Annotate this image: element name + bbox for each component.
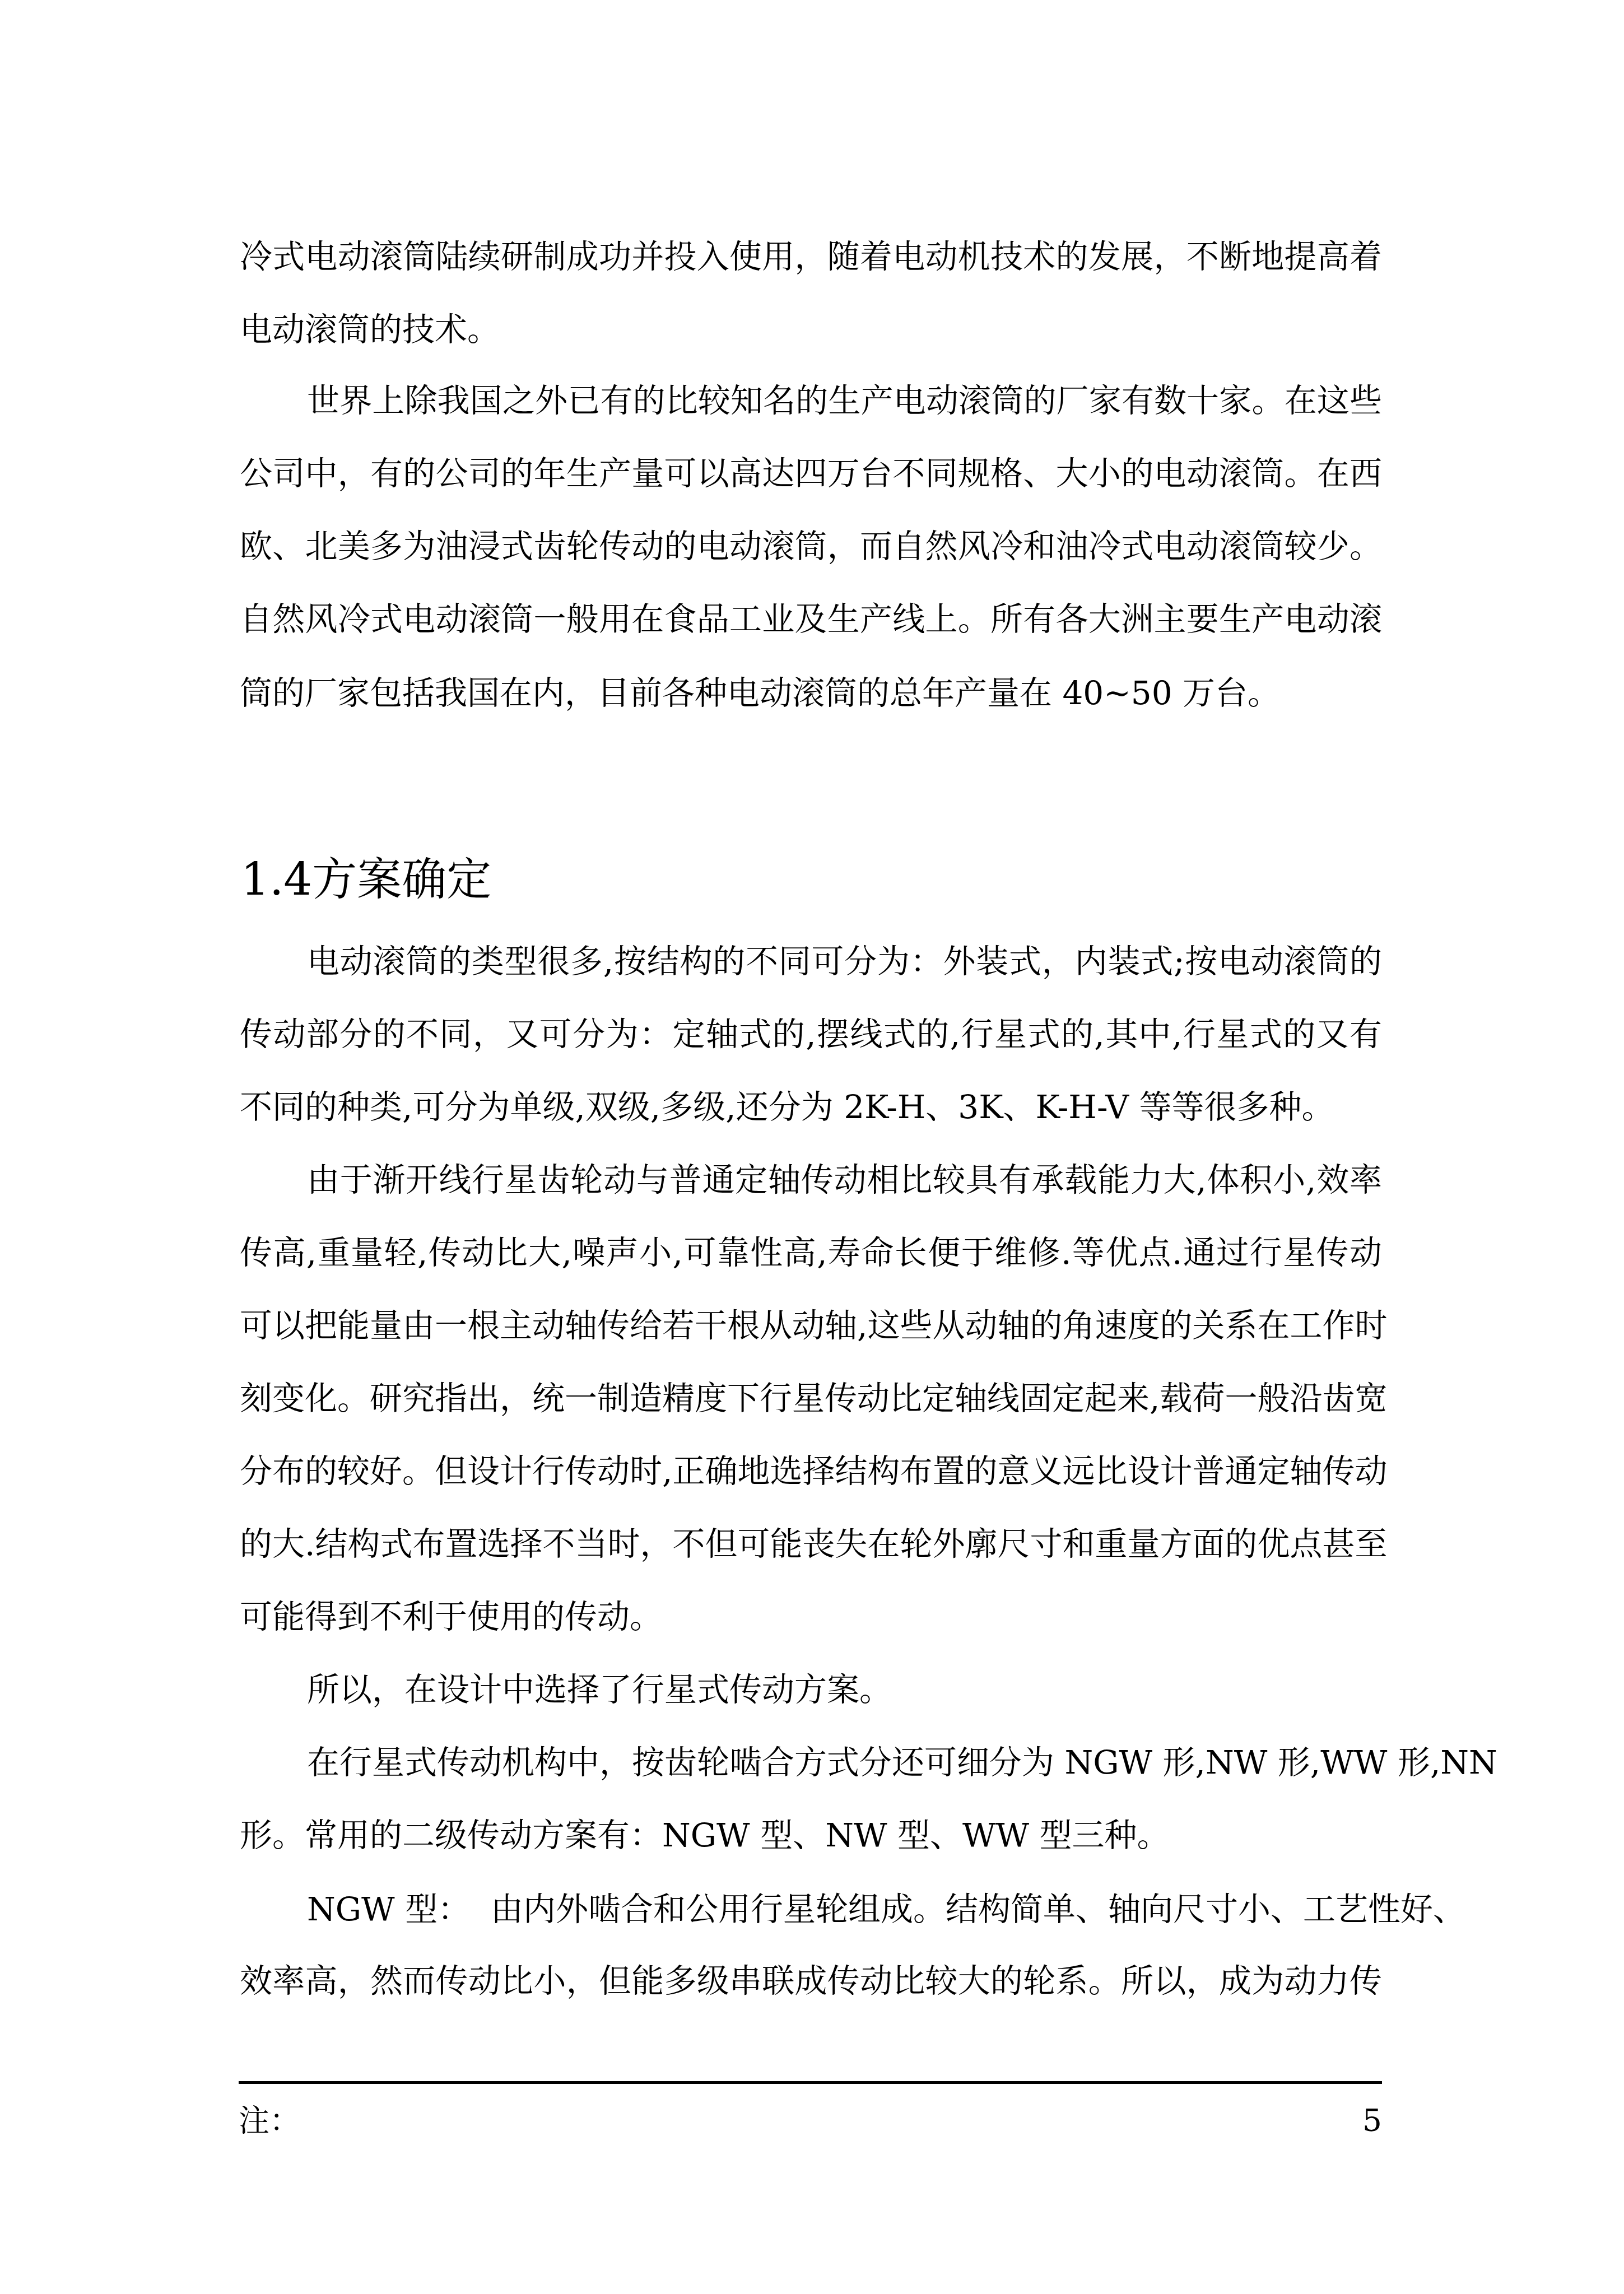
paragraph-line: 形。常用的二级传动方案有：NGW 型、NW 型、WW 型三种。 (240, 1799, 1382, 1872)
paragraph-line: 冷式电动滚筒陆续研制成功并投入使用，随着电动机技术的发展，不断地提高着 (240, 220, 1382, 293)
paragraph-line: 在行星式传动机构中，按齿轮啮合方式分还可细分为 NGW 形,NW 形,WW 形,… (307, 1726, 1382, 1799)
paragraph-line: 效率高，然而传动比小，但能多级串联成传动比较大的轮系。所以，成为动力传 (240, 1944, 1382, 2017)
footer-note-label: 注： (239, 2095, 300, 2146)
footer-divider (239, 2081, 1382, 2084)
page-number: 5 (1344, 2095, 1382, 2146)
paragraph-line: 传动部分的不同，又可分为：定轴式的,摆线式的,行星式的,其中,行星式的又有 (240, 998, 1382, 1071)
paragraph-line: 世界上除我国之外已有的比较知名的生产电动滚筒的厂家有数十家。在这些 (307, 364, 1382, 437)
paragraph-line: 所以，在设计中选择了行星式传动方案。 (307, 1653, 1382, 1726)
paragraph-line: NGW 型： 由内外啮合和公用行星轮组成。结构简单、轴向尺寸小、工艺性好、 (307, 1873, 1382, 1946)
paragraph-line: 电动滚筒的类型很多,按结构的不同可分为：外装式，内装式;按电动滚筒的 (307, 925, 1382, 998)
paragraph-line: 公司中，有的公司的年生产量可以高达四万台不同规格、大小的电动滚筒。在西 (240, 437, 1382, 510)
paragraph-line: 欧、北美多为油浸式齿轮传动的电动滚筒，而自然风冷和油冷式电动滚筒较少。 (240, 510, 1382, 583)
paragraph-line: 由于渐开线行星齿轮动与普通定轴传动相比较具有承载能力大,体积小,效率 (307, 1143, 1382, 1216)
paragraph-line: 传高,重量轻,传动比大,噪声小,可靠性高,寿命长便于维修.等优点.通过行星传动 (240, 1216, 1382, 1289)
paragraph-line: 的大.结构式布置选择不当时，不但可能丧失在轮外廓尺寸和重量方面的优点甚至 (240, 1507, 1382, 1580)
paragraph-line: 分布的较好。但设计行传动时,正确地选择结构布置的意义远比设计普通定轴传动 (240, 1435, 1382, 1507)
paragraph-line: 不同的种类,可分为单级,双级,多级,还分为 2K-H、3K、K-H-V 等等很多… (240, 1071, 1382, 1143)
paragraph-line: 可以把能量由一根主动轴传给若干根从动轴,这些从动轴的角速度的关系在工作时 (240, 1289, 1382, 1362)
paragraph-line: 电动滚筒的技术。 (240, 293, 1382, 366)
document-page: 冷式电动滚筒陆续研制成功并投入使用，随着电动机技术的发展，不断地提高着 电动滚筒… (0, 0, 1624, 2294)
paragraph-line: 自然风冷式电动滚筒一般用在食品工业及生产线上。所有各大洲主要生产电动滚 (240, 583, 1382, 655)
section-heading: 1.4方案确定 (241, 843, 491, 916)
paragraph-line: 刻变化。研究指出，统一制造精度下行星传动比定轴线固定起来,载荷一般沿齿宽 (240, 1362, 1382, 1435)
paragraph-line: 可能得到不利于使用的传动。 (240, 1580, 1382, 1653)
paragraph-line: 筒的厂家包括我国在内，目前各种电动滚筒的总年产量在 40~50 万台。 (240, 657, 1382, 729)
